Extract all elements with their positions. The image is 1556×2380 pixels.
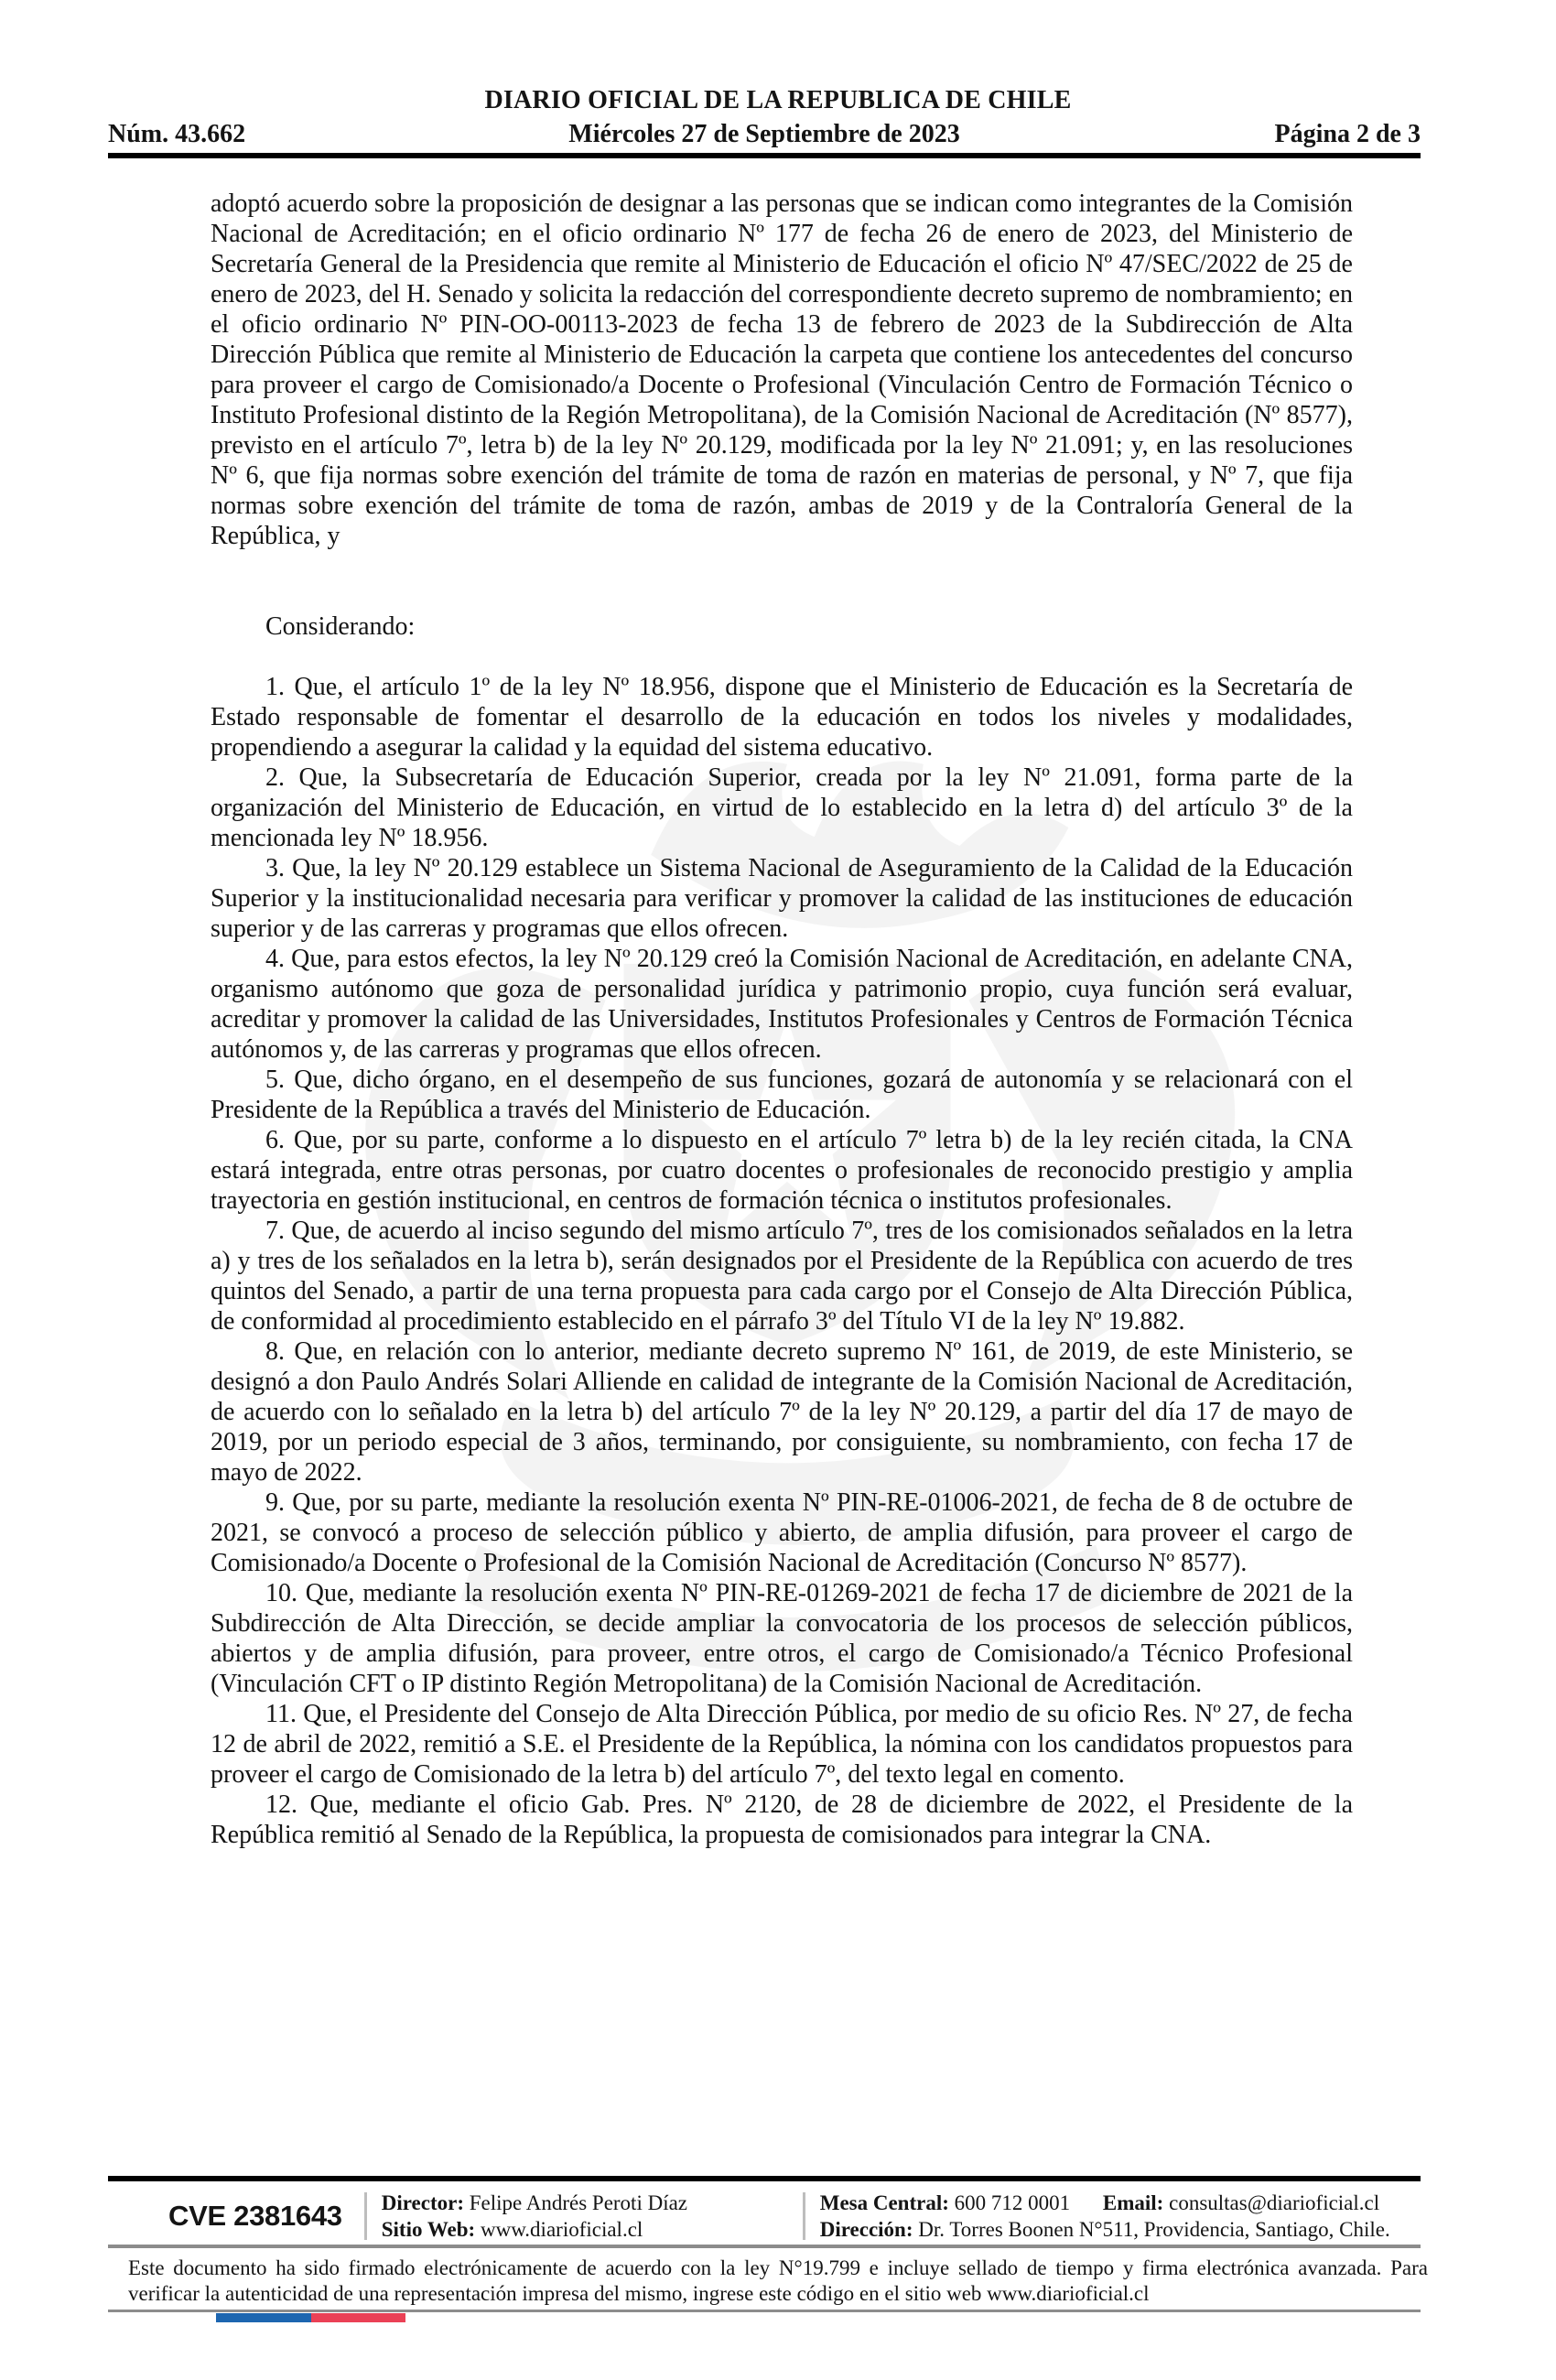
footer-divider [803,2192,805,2240]
document-body: adoptó acuerdo sobre la proposición de d… [211,189,1353,1850]
flag-bar-blue [216,2313,311,2322]
footer-gray-rule [108,2245,1421,2248]
body-paragraph: 10. Que, mediante la resolución exenta N… [211,1578,1353,1699]
edition-date: Miércoles 27 de Septiembre de 2023 [108,120,1421,149]
body-paragraph: 12. Que, mediante el oficio Gab. Pres. N… [211,1790,1353,1850]
header-rule [108,153,1421,158]
phone-label: Mesa Central: [820,2191,949,2214]
body-paragraph: 6. Que, por su parte, conforme a lo disp… [211,1125,1353,1216]
header-meta-row: Núm. 43.662 Miércoles 27 de Septiembre d… [108,120,1421,151]
flag-bar-red [311,2313,405,2322]
footer-info-bar: CVE 2381643 Director: Felipe Andrés Pero… [108,2188,1421,2245]
footer-divider [364,2192,367,2240]
contact-block: Mesa Central: 600 712 0001 Email: consul… [820,2190,1421,2243]
intro-paragraph: adoptó acuerdo sobre la proposición de d… [211,189,1353,551]
body-paragraph: 1. Que, el artículo 1º de la ley Nº 18.9… [211,672,1353,763]
site-url: www.diarioficial.cl [481,2218,643,2241]
gazette-page: DIARIO OFICIAL DE LA REPUBLICA DE CHILE … [0,0,1556,2380]
address-value: Dr. Torres Boonen N°511, Providencia, Sa… [918,2218,1389,2241]
director-block: Director: Felipe Andrés Peroti Díaz Siti… [382,2190,781,2243]
body-paragraph: 11. Que, el Presidente del Consejo de Al… [211,1699,1353,1790]
signature-disclaimer: Este documento ha sido firmado electróni… [128,2256,1428,2307]
body-paragraph: 9. Que, por su parte, mediante la resolu… [211,1487,1353,1578]
body-paragraph: 5. Que, dicho órgano, en el desempeño de… [211,1065,1353,1125]
body-paragraph: 8. Que, en relación con lo anterior, med… [211,1336,1353,1487]
section-heading: Considerando: [211,611,1353,642]
email-address: consultas@diarioficial.cl [1169,2191,1379,2214]
body-paragraph: 3. Que, la ley Nº 20.129 establece un Si… [211,853,1353,944]
page-indicator: Página 2 de 3 [1275,120,1421,149]
address-label: Dirección: [820,2218,913,2241]
bottom-gray-rule [108,2310,1421,2312]
footer-rule [108,2176,1421,2181]
cve-code: CVE 2381643 [168,2200,342,2233]
body-paragraph: 4. Que, para estos efectos, la ley Nº 20… [211,944,1353,1065]
director-name: Felipe Andrés Peroti Díaz [470,2191,687,2214]
body-paragraph: 2. Que, la Subsecretaría de Educación Su… [211,763,1353,853]
phone-number: 600 712 0001 [955,2191,1071,2214]
director-label: Director: [382,2191,464,2214]
email-label: Email: [1103,2191,1163,2214]
publication-title: DIARIO OFICIAL DE LA REPUBLICA DE CHILE [0,86,1556,115]
site-label: Sitio Web: [382,2218,475,2241]
body-paragraph: 7. Que, de acuerdo al inciso segundo del… [211,1216,1353,1336]
